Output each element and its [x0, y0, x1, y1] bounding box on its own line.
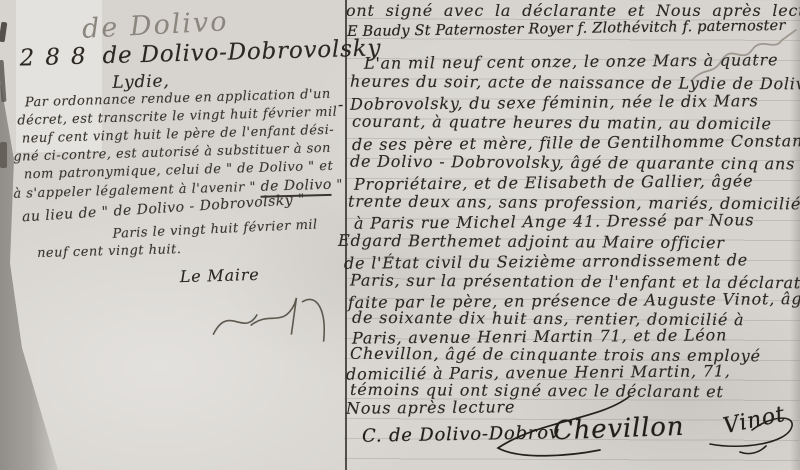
signature-declarant: C. de Dolivo-Dobrov — [362, 422, 560, 446]
signature-witness-chevillon: Chevillon — [553, 412, 685, 447]
act-text-line: de ses père et mère, fille de Gentilhomm… — [352, 131, 800, 154]
act-text-line: de Dolivo - Dobrovolsky, âgé de quarante… — [350, 152, 795, 174]
maire-title: Le Maire — [180, 265, 260, 286]
margin-date-line: Paris le vingt huit février mil — [112, 217, 318, 241]
margin-column: 288de Dolivo-Dobrovolsky Lydie, Par ordo… — [0, 0, 358, 470]
avenir-suffix: " — [332, 178, 344, 193]
act-text-line: courant, à quatre heures du matin, au do… — [352, 112, 772, 134]
act-text-line: L'an mil neuf cent onze, le onze Mars à … — [364, 50, 778, 73]
act-number: 288 — [19, 43, 97, 71]
previous-act-closing: ont signé avec la déclarante et Nous apr… — [346, 1, 800, 20]
act-text-line: Propriétaire, et de Elisabeth de Gallier… — [354, 171, 754, 193]
act-text-line: de l'État civil du Seizième arrondisseme… — [344, 250, 748, 273]
maire-signature-scribble — [198, 282, 350, 356]
margin-date-line: neuf cent vingt huit. — [37, 242, 182, 261]
act-text-line: heures du soir, acte de naissance de Lyd… — [350, 72, 800, 94]
register-page-scan: de Dolivo 288de Dolivo-Dobrovolsky Lydie… — [0, 0, 800, 470]
act-header: 288de Dolivo-Dobrovolsky — [19, 35, 381, 71]
act-text-line: - Dobrovolsky, du sexe féminin, née le d… — [338, 91, 759, 114]
act-text-line: Edgard Berthemet adjoint au Maire offici… — [338, 231, 725, 252]
vinot-flourish — [700, 400, 800, 460]
act-text-line: à Paris rue Michel Ange 41. Dressé par N… — [354, 210, 755, 232]
act-surname: de Dolivo-Dobrovolsky — [102, 35, 381, 69]
act-given-name: Lydie, — [112, 71, 170, 93]
